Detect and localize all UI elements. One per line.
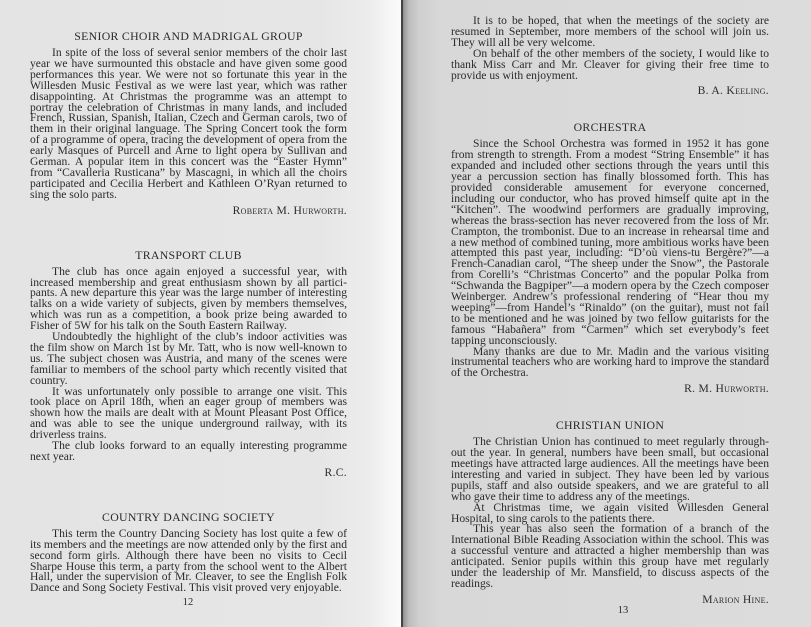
section-heading: TRANSPORT CLUB	[30, 249, 347, 261]
right-page: It is to be hoped, that when the meeting…	[401, 0, 811, 627]
paragraph: In spite of the loss of several senior m…	[30, 48, 347, 201]
left-page: SENIOR CHOIR AND MADRIGAL GROUP In spite…	[0, 0, 401, 627]
country-dancing-continuation: It is to be hoped, that when the meeting…	[451, 16, 769, 97]
paragraph: Undoubtedly the highlight of the club’s …	[30, 332, 347, 387]
transport-club-section: TRANSPORT CLUB The club has once again e…	[30, 249, 347, 479]
signature: B. A. Keeling.	[451, 86, 769, 97]
country-dancing-section: COUNTRY DANCING SOCIETY This term the Co…	[30, 511, 347, 594]
signature: R.C.	[30, 468, 347, 479]
paragraph: This term the Country Dancing Society ha…	[30, 529, 347, 594]
paragraph: The club has once again enjoyed a succes…	[30, 267, 347, 332]
paragraph: It was unfortunately only possible to ar…	[30, 387, 347, 442]
paragraph: This year has also seen the formation of…	[451, 524, 769, 589]
paragraph: On behalf of the other members of the so…	[451, 49, 769, 82]
section-heading: CHRISTIAN UNION	[451, 419, 769, 431]
paragraph: The Christian Union has continued to mee…	[451, 437, 769, 502]
page-number: 12	[168, 597, 208, 608]
signature: Roberta M. Hurworth.	[30, 206, 347, 217]
paragraph: It is to be hoped, that when the meeting…	[451, 16, 769, 49]
right-page-column: It is to be hoped, that when the meeting…	[451, 16, 769, 606]
section-heading: SENIOR CHOIR AND MADRIGAL GROUP	[30, 30, 347, 42]
signature: R. M. Hurworth.	[451, 384, 769, 395]
section-heading: ORCHESTRA	[451, 121, 769, 133]
paragraph: Since the School Orchestra was formed in…	[451, 139, 769, 346]
book-spread: SENIOR CHOIR AND MADRIGAL GROUP In spite…	[0, 0, 811, 627]
paragraph: The club looks forward to an equally int…	[30, 441, 347, 463]
section-heading: COUNTRY DANCING SOCIETY	[30, 511, 347, 523]
senior-choir-section: SENIOR CHOIR AND MADRIGAL GROUP In spite…	[30, 30, 347, 217]
paragraph: At Christmas time, we again visited Will…	[451, 503, 769, 525]
page-number: 13	[603, 605, 643, 616]
book-gutter	[401, 0, 403, 627]
left-page-column: SENIOR CHOIR AND MADRIGAL GROUP In spite…	[30, 30, 347, 594]
paragraph: Many thanks are due to Mr. Madin and the…	[451, 347, 769, 380]
orchestra-section: ORCHESTRA Since the School Orchestra was…	[451, 121, 769, 395]
christian-union-section: CHRISTIAN UNION The Christian Union has …	[451, 419, 769, 606]
